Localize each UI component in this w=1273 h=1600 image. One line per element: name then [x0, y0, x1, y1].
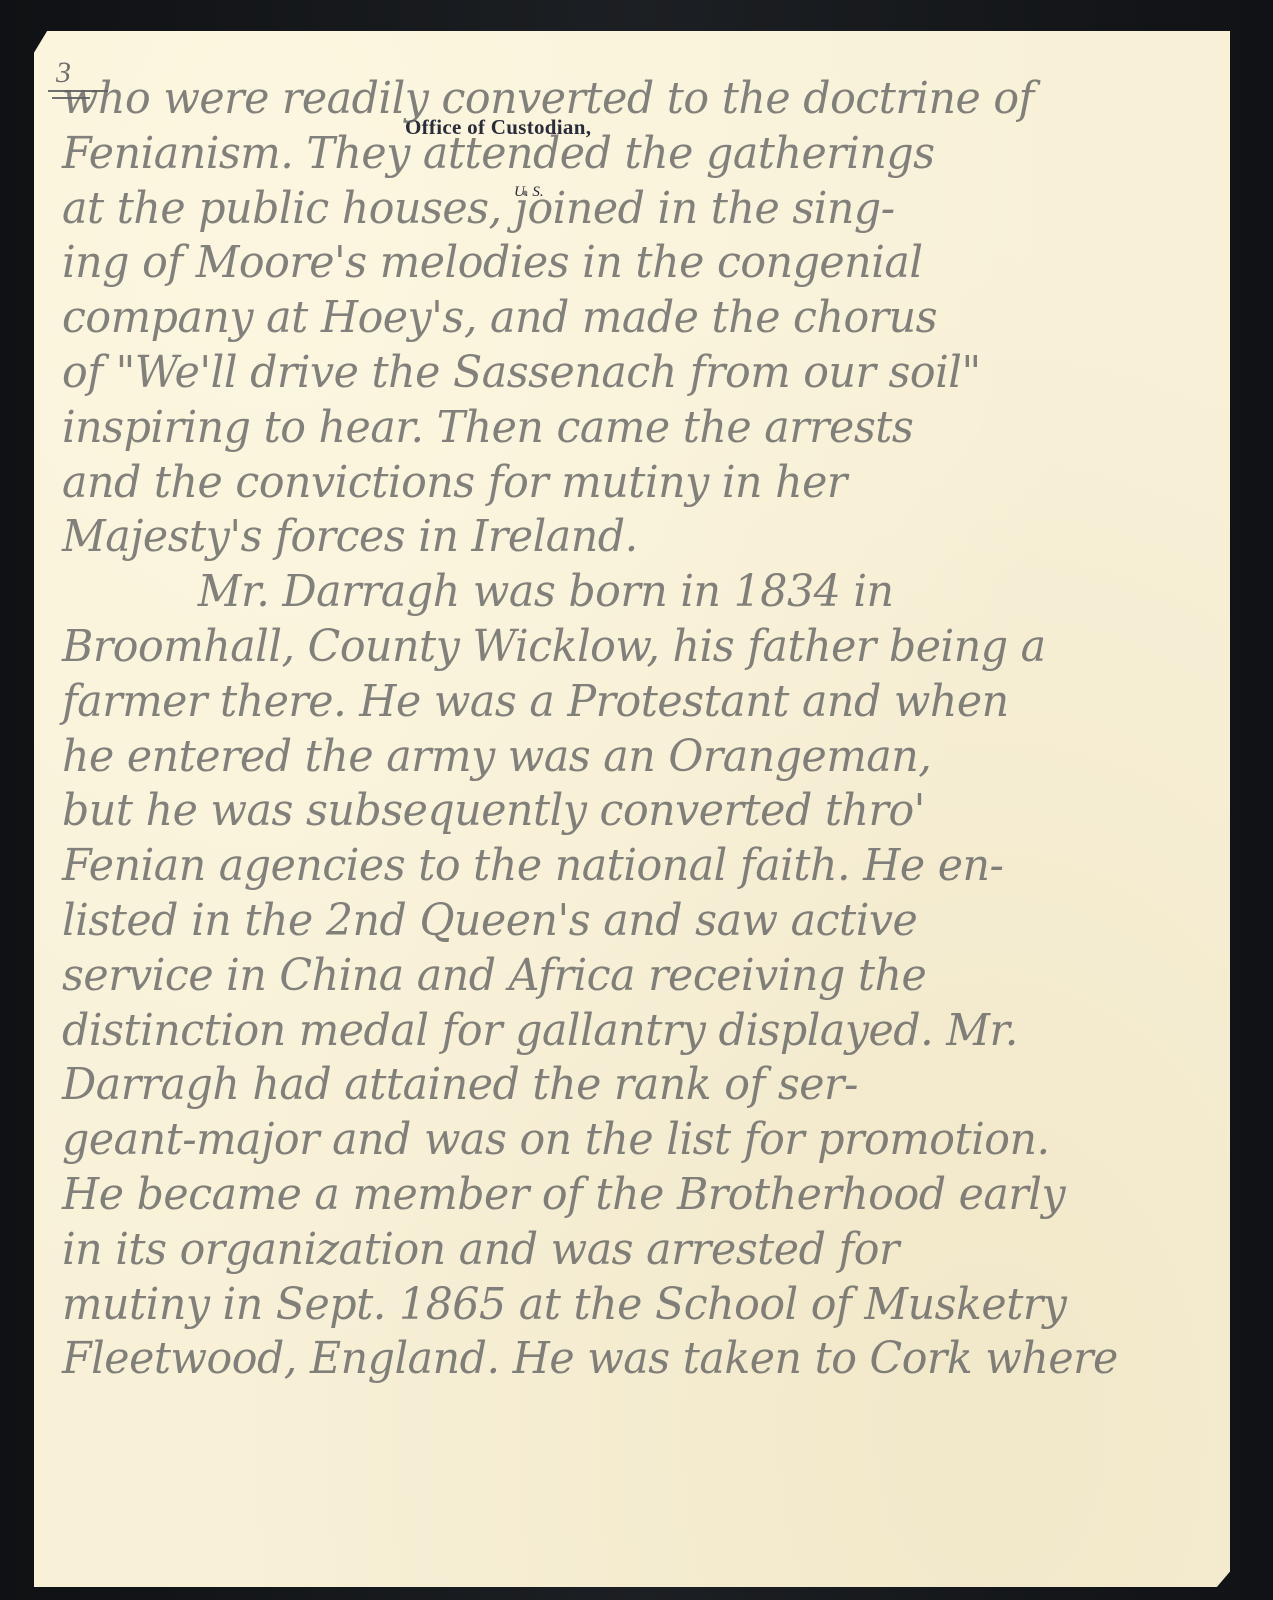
- text-line: of "We'll drive the Sassenach from our s…: [62, 346, 1178, 401]
- text-line: Majesty's forces in Ireland.: [62, 510, 1178, 565]
- text-line: He became a member of the Brotherhood ea…: [62, 1168, 1178, 1223]
- text-line: in its organization and was arrested for: [62, 1223, 1178, 1278]
- text-line: ing of Moore's melodies in the congenial: [62, 236, 1178, 291]
- text-line: inspiring to hear. Then came the arrests: [62, 401, 1178, 456]
- text-line: Fenianism. They attended the gatherings: [62, 127, 1178, 182]
- paragraph-start-line: Mr. Darragh was born in 1834 in: [62, 565, 1178, 620]
- text-line: mutiny in Sept. 1865 at the School of Mu…: [62, 1278, 1178, 1333]
- text-line: at the public houses, joined in the sing…: [62, 182, 1178, 237]
- text-line: Darragh had attained the rank of ser-: [62, 1058, 1178, 1113]
- text-line: company at Hoey's, and made the chorus: [62, 291, 1178, 346]
- text-line: Fleetwood, England. He was taken to Cork…: [62, 1332, 1178, 1387]
- text-line: farmer there. He was a Protestant and wh…: [62, 675, 1178, 730]
- text-line: geant-major and was on the list for prom…: [62, 1113, 1178, 1168]
- handwritten-text: who were readily converted to the doctri…: [62, 72, 1212, 1387]
- text-line: listed in the 2nd Queen's and saw active: [62, 894, 1178, 949]
- text-line: but he was subsequently converted thro': [62, 784, 1178, 839]
- text-line: distinction medal for gallantry displaye…: [62, 1004, 1178, 1059]
- text-line: who were readily converted to the doctri…: [62, 72, 1178, 127]
- text-line: Fenian agencies to the national faith. H…: [62, 839, 1178, 894]
- text-line: he entered the army was an Orangeman,: [62, 730, 1178, 785]
- text-line: service in China and Africa receiving th…: [62, 949, 1178, 1004]
- text-line: and the convictions for mutiny in her: [62, 456, 1178, 511]
- text-line: Broomhall, County Wicklow, his father be…: [62, 620, 1178, 675]
